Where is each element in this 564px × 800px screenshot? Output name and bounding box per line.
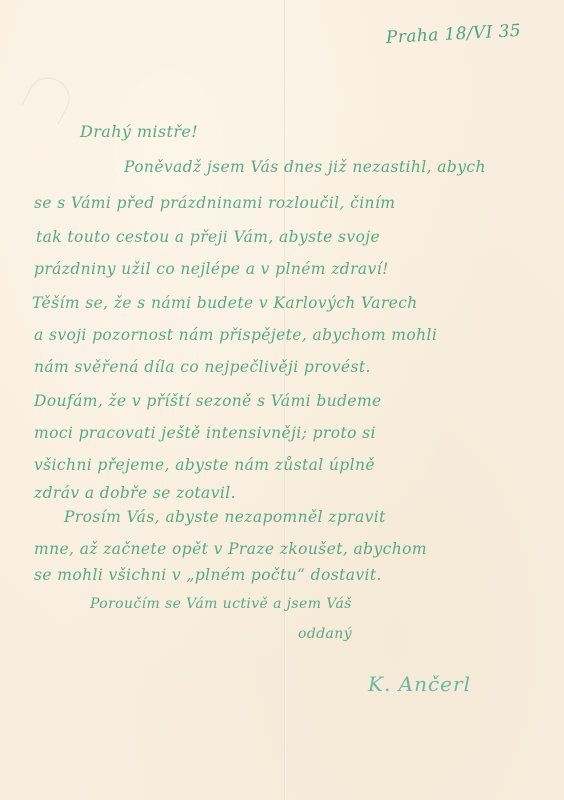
body-line-7: nám svěřená díla co nejpečlivěji provést… <box>34 358 371 376</box>
body-line-9: moci pracovati ještě intensivněji; proto… <box>34 424 376 442</box>
date-line: Praha 18/VI 35 <box>385 21 521 48</box>
greeting: Drahý mistře! <box>80 122 198 141</box>
signature: K. Ančerl <box>368 672 471 696</box>
body-line-4: prázdniny užil co nejlépe a v plném zdra… <box>34 260 389 278</box>
closing-line-1: Poroučím se Vám uctivě a jsem Váš <box>90 596 352 612</box>
letter-page: Praha 18/VI 35 Drahý mistře! Poněvadž js… <box>0 0 564 800</box>
body-line-12: Prosím Vás, abyste nezapomněl zpravit <box>64 508 386 526</box>
closing-line-2: oddaný <box>298 626 352 642</box>
body-line-10: všichni přejeme, abyste nám zůstal úplně <box>34 456 375 474</box>
body-line-14: se mohli všichni v „plném počtu“ dostavi… <box>34 566 382 584</box>
body-line-11: zdráv a dobře se zotavil. <box>34 484 236 502</box>
body-line-1: Poněvadž jsem Vás dnes již nezastihl, ab… <box>124 158 486 176</box>
body-line-2: se s Vámi před prázdninami rozloučil, či… <box>34 194 395 212</box>
body-line-3: tak touto cestou a přeji Vám, abyste svo… <box>36 228 380 246</box>
faint-pencil-mark <box>21 70 76 124</box>
body-line-13: mne, až začnete opět v Praze zkoušet, ab… <box>34 540 427 558</box>
body-line-6: a svoji pozornost nám přispějete, abycho… <box>34 326 437 344</box>
body-line-8: Doufám, že v příští sezoně s Vámi budeme <box>34 392 382 410</box>
body-line-5: Těším se, že s námi budete v Karlových V… <box>32 294 418 312</box>
